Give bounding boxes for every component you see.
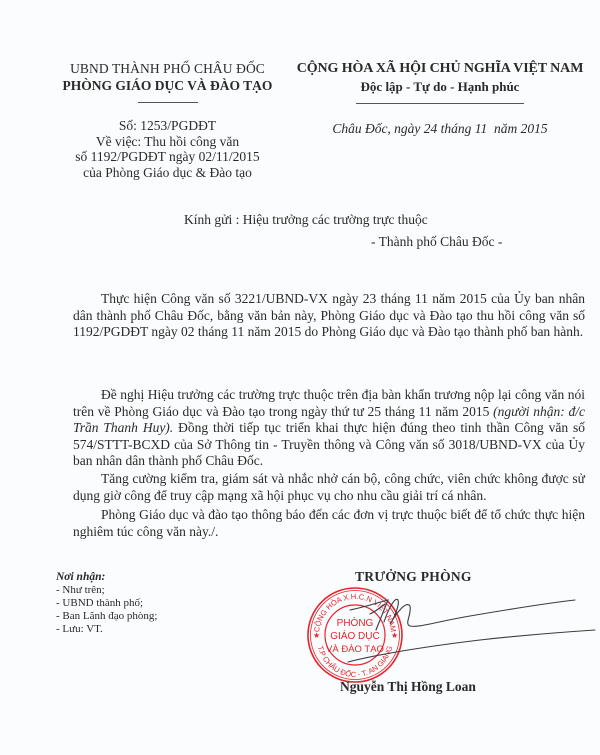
distribution-item: - Ban Lãnh đạo phòng; (56, 610, 157, 623)
subject-line: của Phòng Giáo dục & Đào tạo (50, 165, 285, 181)
parent-org: UBND THÀNH PHỐ CHÂU ĐỐC (50, 60, 285, 77)
motto-divider (356, 103, 524, 104)
signatory-title: TRƯỞNG PHÒNG (355, 569, 472, 585)
national-motto: Độc lập - Tự do - Hạnh phúc (285, 78, 595, 95)
issuing-authority: UBND THÀNH PHỐ CHÂU ĐỐC PHÒNG GIÁO DỤC V… (50, 60, 285, 103)
svg-text:★: ★ (313, 631, 320, 640)
nation-name: CỘNG HÒA XÃ HỘI CHỦ NGHĨA VIỆT NAM (285, 60, 595, 78)
recipient-location: - Thành phố Châu Đốc - (371, 234, 502, 250)
signatory-name: Nguyễn Thị Hồng Loan (340, 679, 476, 695)
recipient-line: Kính gửi : Hiệu trưởng các trường trực t… (184, 212, 428, 228)
distribution-item: - UBND thành phố; (56, 597, 157, 610)
subject-line: Về việc: Thu hồi công văn (50, 134, 285, 150)
body-paragraph-4: Phòng Giáo dục và đào tạo thông báo đến … (73, 507, 585, 540)
document-reference: Số: 1253/PGDĐT Về việc: Thu hồi công văn… (50, 118, 285, 180)
document-number: Số: 1253/PGDĐT (50, 118, 285, 134)
distribution-list: Nơi nhận: - Như trên; - UBND thành phố; … (56, 571, 157, 636)
distribution-title: Nơi nhận: (56, 571, 157, 584)
place-date: Châu Đốc, ngày 24 tháng 11 năm 2015 (285, 121, 595, 137)
distribution-item: - Lưu: VT. (56, 623, 157, 636)
header-divider (138, 102, 198, 103)
body-paragraph-1: Thực hiện Công văn số 3221/UBND-VX ngày … (73, 291, 585, 341)
body-paragraph-3: Tăng cường kiểm tra, giám sát và nhắc nh… (73, 471, 585, 504)
org-name: PHÒNG GIÁO DỤC VÀ ĐÀO TẠO (50, 77, 285, 94)
distribution-item: - Như trên; (56, 584, 157, 597)
national-header: CỘNG HÒA XÃ HỘI CHỦ NGHĨA VIỆT NAM Độc l… (285, 60, 595, 104)
subject-line: số 1192/PGDĐT ngày 02/11/2015 (50, 149, 285, 165)
body-paragraph-2: Đề nghị Hiệu trưởng các trường trực thuộ… (73, 387, 585, 470)
handwritten-signature-icon (340, 592, 600, 672)
